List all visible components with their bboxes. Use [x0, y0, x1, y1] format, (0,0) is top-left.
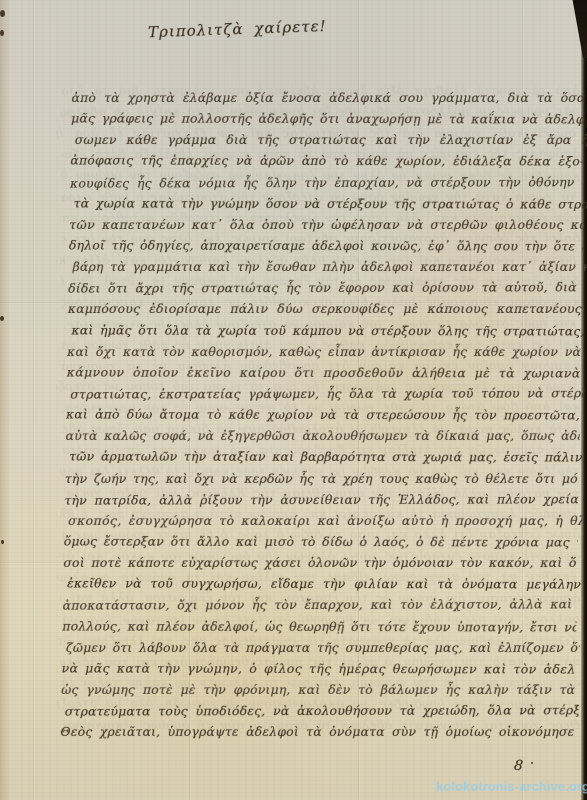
manuscript-line: τῶν ἁρματωλῶν τὴν ἀταξίαν καὶ βαρβαρότητ… — [69, 446, 583, 468]
manuscript-line: ὅμως ἔστερξαν ὅτι ἄλλο καὶ μισὸ τὸ δίδω … — [64, 530, 578, 552]
manuscript-line: σκοπός, ἐσυγχώρησα τὸ καλοκαίρι καὶ ἀνοί… — [68, 510, 582, 531]
manuscript-line: πολλούς, καὶ πλέον ἀδελφοί, ὡς θεωρηθῇ ὅ… — [62, 615, 576, 637]
manuscript-line: στρατιώτας, ἐκστρατείας γράψωμεν, ἧς ὅλα… — [70, 382, 584, 404]
manuscript-line: τὰ χωρία κατὰ τὴν γνώμην ὅσον νὰ στέρξου… — [73, 192, 587, 214]
manuscript-line: ζῶμεν ὅτι λάβουν ὅλα τὰ πράγματα τῆς συμ… — [66, 637, 580, 658]
manuscript-line: μᾶς γράφεις μὲ πολλοστῆς ἀδελφῆς ὅτι ἀνα… — [71, 108, 585, 130]
manuscript-line: δηλοῖ τῆς ὁδηγίες, ἀποχαιρετίσαμε ἀδελφο… — [69, 234, 583, 256]
manuscript-line: δίδει ὅτι ἄχρι τῆς στρατιώτας ἧς τὸν ἔφο… — [68, 277, 582, 299]
ink-dot — [531, 762, 533, 764]
archive-watermark: kolokotronis-archive.org — [436, 780, 587, 794]
paper-left-edge-shading — [0, 0, 10, 800]
manuscript-line: Θεὸς χρειᾶται, ὑπογράψτε ἀδελφοὶ τὰ ὀνόμ… — [60, 721, 574, 742]
ink-speck — [0, 10, 5, 17]
manuscript-line: ἀποκατάστασιν, ὄχι μόνον ἧς τὸν ἔπαρχον,… — [63, 594, 577, 616]
ink-speck — [0, 30, 4, 36]
manuscript-line: ἐκεῖθεν νὰ τοῦ συγχωρήσω, εἴδαμε τὴν φιλ… — [67, 573, 581, 595]
manuscript-line: στρατεύματα τοὺς ὑποδιόδες, νὰ ἀκολουθήσ… — [65, 699, 579, 721]
manuscript-page: ἀπὸ τὰ χρηστὰ ἐλάβαμε ὀξία ἔνοσα ἀδελφικ… — [0, 0, 587, 800]
manuscript-line: καὶ ἀπὸ δύω ἄτομα τὸ κάθε χωρίον νὰ τὰ σ… — [66, 404, 580, 426]
manuscript-line: καμπόσους ἐδιορίσαμε πάλιν δύω σερκουφίδ… — [68, 298, 582, 319]
manuscript-line: αὐτὰ καλῶς σοφά, νὰ ἐξηγερθῶσι ἀκολουθήσ… — [65, 425, 579, 446]
manuscript-line: τὴν πατρίδα, ἀλλὰ ῥίξουν τὴν ἀσυνείθειαν… — [64, 488, 578, 510]
manuscript-line: κάμνουν ὁποῖον ἐκεῖνο καίρου ὅτι προσδεθ… — [67, 361, 581, 383]
manuscript-line: τὴν ζωήν της, καὶ ὄχι νὰ κερδῶν ἧς τὰ χρ… — [65, 468, 579, 489]
ink-speck — [1, 540, 4, 544]
manuscript-line: κουφίδες ἧς δέκα νόμια ἧς ὅλην τὴν ἐπαρχ… — [70, 171, 584, 193]
manuscript-line: τῶν καπετανέων κατ᾽ ὅλα ὁποὺ τὴν ὠφέλησα… — [69, 214, 583, 235]
manuscript-line: ὡς γνώμης ποτὲ μὲ τὴν φρόνιμη, καὶ δὲν τ… — [61, 679, 575, 700]
page-number: 8 — [513, 758, 524, 775]
manuscript-line: σωμεν κάθε γράμμα διὰ τῆς στρατιώτας καὶ… — [75, 129, 587, 150]
manuscript-line: ἀπόφασις τῆς ἐπαρχίες νὰ ἀρῶν ἀπὸ τὸ κάθ… — [70, 150, 584, 172]
manuscript-line: σοὶ ποτὲ κάποτε εὐχαρίστως χάσει ὁλονῶν … — [63, 552, 577, 573]
letter-heading: Τριπολιτζὰ χαίρετε! — [148, 17, 339, 42]
manuscript-line: νὰ μᾶς κατὰ τὴν γνώμην, ὁ φίλος τῆς ἡμέρ… — [61, 657, 575, 679]
letter-body: ἀπὸ τὰ χρηστὰ ἐλάβαμε ὀξία ἔνοσα ἀδελφικ… — [60, 87, 585, 742]
fold-line-vertical — [33, 0, 35, 800]
manuscript-line: βάρη τὰ γραμμάτια καὶ τὴν ἔσωθαν πλὴν ἀδ… — [72, 256, 586, 277]
paper-top-right-corner-shadow — [569, 0, 587, 58]
manuscript-line: καὶ ὄχι κατὰ τὸν καθορισμόν, καθὼς εἶπαν… — [67, 341, 581, 362]
manuscript-line: καὶ ἡμᾶς ὅτι ὅλα τὰ χωρία τοῦ κάμπου νὰ … — [71, 319, 585, 341]
ink-speck — [0, 316, 4, 321]
manuscript-line: ἀπὸ τὰ χρηστὰ ἐλάβαμε ὀξία ἔνοσα ἀδελφικ… — [71, 87, 585, 108]
